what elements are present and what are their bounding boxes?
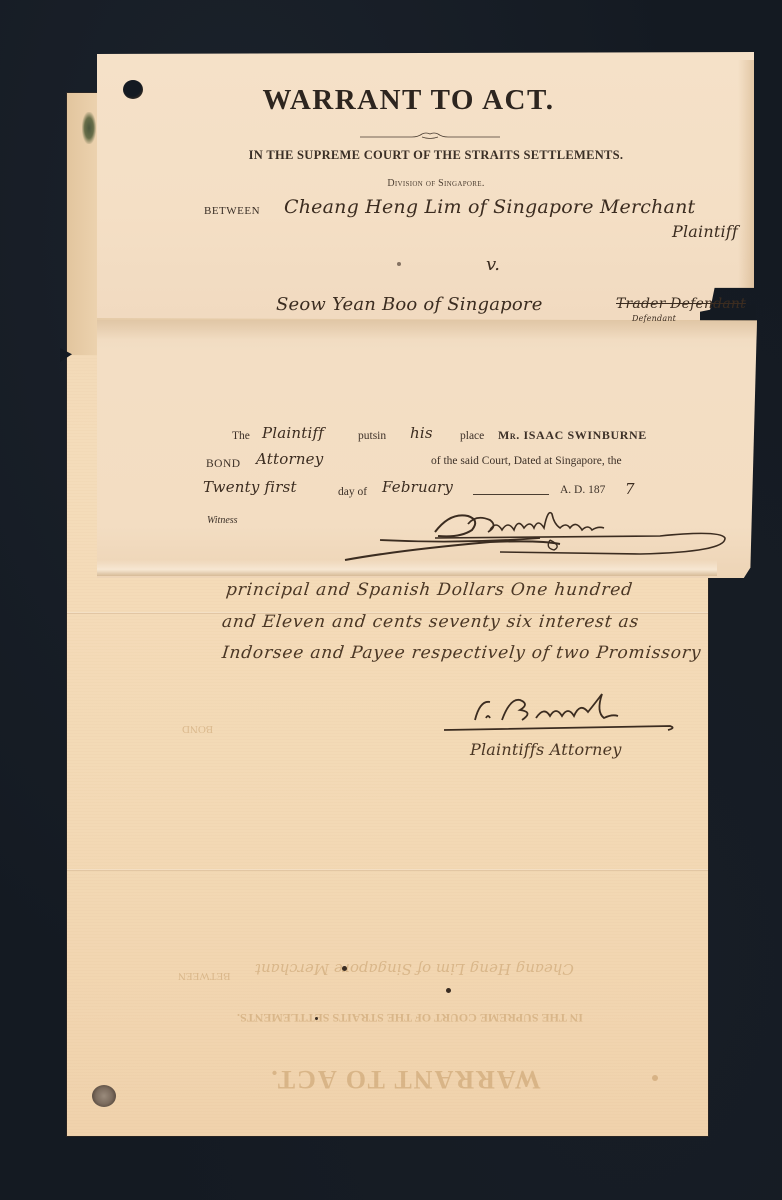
plaintiff-signature-icon <box>340 500 750 570</box>
document-title: WARRANT TO ACT. <box>0 84 782 117</box>
bleed-through-title: WARRANT TO ACT. <box>225 1064 585 1094</box>
court-heading: IN THE SUPREME COURT OF THE STRAITS SETT… <box>0 148 782 163</box>
capacity-handwritten: Attorney <box>256 450 323 468</box>
attorney-caption: Plaintiffs Attorney <box>470 740 622 759</box>
defendant-name-handwritten: Seow Yean Boo of Singapore <box>276 294 543 315</box>
party-role-handwritten: Plaintiff <box>262 424 324 442</box>
defendant-insertion: Defendant <box>632 314 676 323</box>
ink-spot <box>446 988 451 993</box>
between-label: BETWEEN <box>204 205 260 217</box>
defendant-struck-text: Trader Defendant <box>616 296 746 312</box>
claim-text-line-2: and Eleven and cents seventy six interes… <box>221 612 640 632</box>
claim-text-line-1: principal and Spanish Dollars One hundre… <box>225 580 634 600</box>
attorney-name: Mr. ISAAC SWINBURNE <box>498 428 647 443</box>
pronoun-handwritten: his <box>410 424 433 442</box>
putsin-label: putsin <box>358 430 386 442</box>
flap-crease <box>97 320 757 340</box>
the-label: The <box>232 430 250 442</box>
year-handwritten: 7 <box>625 480 635 498</box>
blank-rule <box>473 494 549 495</box>
versus-handwritten: v. <box>486 254 500 275</box>
attorney-signature-icon <box>440 688 680 738</box>
month-handwritten: February <box>382 478 453 496</box>
place-label: place <box>460 430 484 442</box>
ornament-rule-icon <box>360 131 500 141</box>
plaintiff-role-handwritten: Plaintiff <box>672 222 738 241</box>
ink-spot <box>315 1017 318 1020</box>
bleed-through-court: IN THE SUPREME COURT OF THE STRAITS SETT… <box>190 1010 630 1025</box>
bleed-through-between: BETWEEN <box>178 970 231 982</box>
fold-line <box>67 869 708 871</box>
bleed-through-handwriting: Cheang Heng Lim of Singapore Merchant <box>255 960 574 978</box>
day-of-label: day of <box>338 486 367 498</box>
ink-spot <box>342 966 347 971</box>
bond-label: BOND <box>206 458 241 470</box>
court-clause: of the said Court, Dated at Singapore, t… <box>431 455 622 467</box>
ink-spot <box>397 262 401 266</box>
stain-spot <box>652 1075 658 1081</box>
witness-label: Witness <box>207 515 238 526</box>
day-handwritten: Twenty first <box>203 478 297 496</box>
punch-hole <box>92 1085 116 1107</box>
ad-label: A. D. 187 <box>560 484 605 496</box>
division-heading: Division of Singapore. <box>0 178 782 189</box>
bleed-through-bond: BOND <box>182 723 213 735</box>
claim-text-line-3: Indorsee and Payee respectively of two P… <box>221 643 702 663</box>
plaintiff-name-handwritten: Cheang Heng Lim of Singapore Merchant <box>284 196 695 218</box>
